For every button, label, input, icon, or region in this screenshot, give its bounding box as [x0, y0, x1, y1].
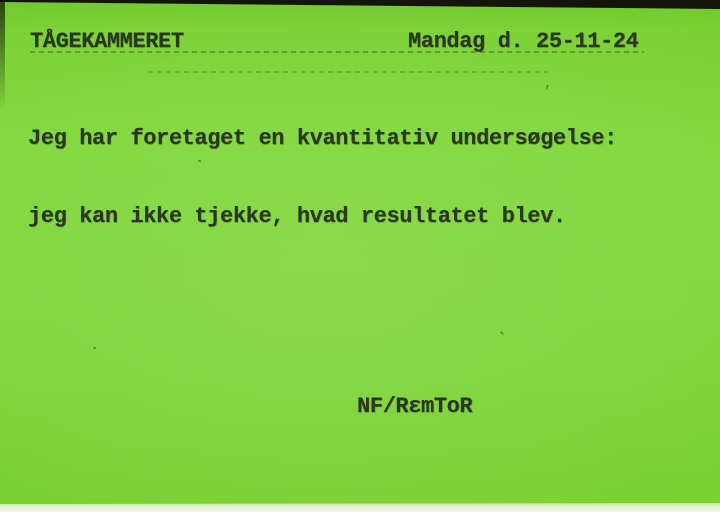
dotted-rule-faint: [148, 71, 548, 73]
organization-name: TÅGEKAMMERET: [30, 29, 184, 55]
scan-speck: [500, 331, 504, 335]
body-line-2: jeg kan ikke tjekke, hvad resultatet ble…: [28, 204, 617, 230]
green-index-card: TÅGEKAMMERET Mandag d. 25-11-24 Jeg har …: [0, 0, 720, 512]
card-left-edge-shadow: [0, 0, 5, 110]
message-body: Jeg har foretaget en kvantitativ undersø…: [28, 74, 617, 282]
scan-speck: [93, 347, 96, 349]
scanned-card-photo: TÅGEKAMMERET Mandag d. 25-11-24 Jeg har …: [0, 0, 720, 512]
body-line-1: Jeg har foretaget en kvantitativ undersø…: [28, 126, 617, 152]
stray-ink-mark: ’: [543, 84, 552, 101]
signature: NF/RεmToR: [357, 394, 472, 420]
date-line: Mandag d. 25-11-24: [408, 29, 638, 55]
